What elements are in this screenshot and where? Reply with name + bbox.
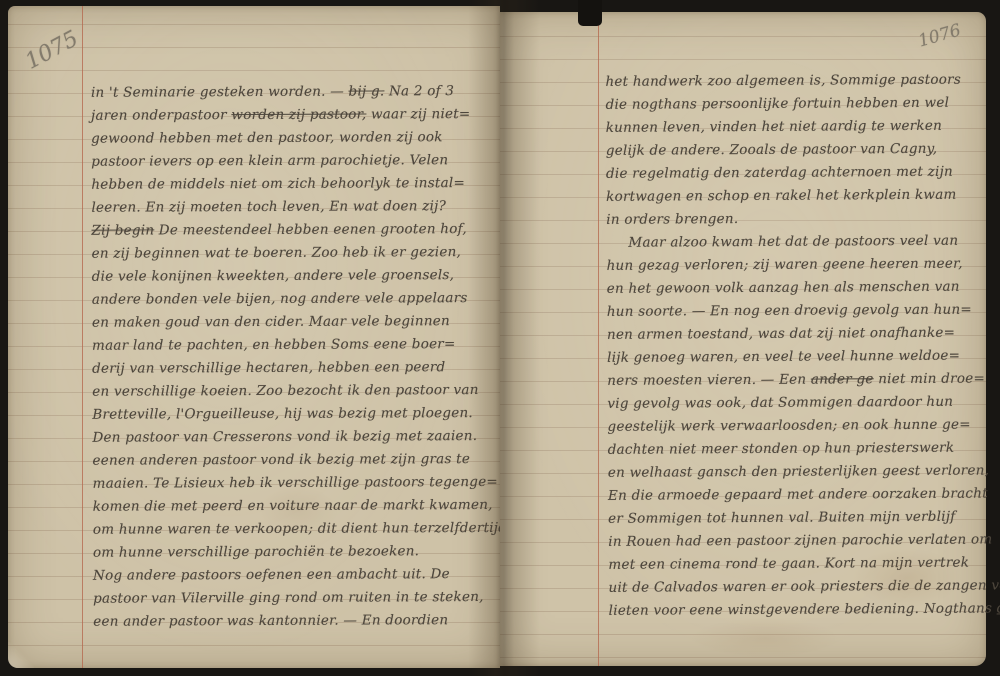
handwriting-line: hebben de middels niet om zich behoorlyk… <box>91 172 465 197</box>
handwriting-line: hun gezag verloren; zij waren geene heer… <box>606 253 962 278</box>
handwriting-line: Zij begin De meestendeel hebben eenen gr… <box>91 218 466 243</box>
handwriting-line: Bretteville, l'Orgueilleuse, hij was bez… <box>92 402 473 427</box>
handwriting-line: uit de Calvados waren er ook priesters d… <box>608 574 1000 600</box>
handwriting-line: en maken goud van den cider. Maar vele b… <box>92 310 450 335</box>
handwriting-line: gelijk de andere. Zooals de pastoor van … <box>606 138 938 163</box>
right-page: 1076 het handwerk zoo algemeen is, Sommi… <box>500 12 986 666</box>
handwriting-line: geestelijk werk verwaarloosden; en ook h… <box>607 414 970 439</box>
handwriting-line: het handwerk zoo algemeen is, Sommige pa… <box>605 69 961 94</box>
handwriting-line: En die armoede gepaard met andere oorzak… <box>608 483 988 508</box>
handwriting-line: en zij beginnen wat te boeren. Zoo heb i… <box>92 241 462 266</box>
handwriting-line: eenen anderen pastoor vond ik bezig met … <box>92 448 470 473</box>
handwriting-line: dachten niet meer stonden op hun prieste… <box>608 437 955 462</box>
handwriting-line: in 't Seminarie gesteken worden. — bij g… <box>91 80 454 105</box>
handwriting-line: in Rouen had een pastoor zijnen parochie… <box>608 528 992 553</box>
handwriting-line: Maar alzoo kwam het dat de pastoors veel… <box>628 230 958 255</box>
handwriting-line: lijk genoeg waren, en veel te veel hunne… <box>607 345 960 370</box>
handwriting-line: een ander pastoor was kantonnier. — En d… <box>93 609 448 634</box>
handwriting-line: hun soorte. — En nog een droevig gevolg … <box>607 299 972 324</box>
handwriting-line: kunnen leven, vinden het niet aardig te … <box>606 115 942 140</box>
handwriting-line: andere bonden vele bijen, nog andere vel… <box>92 287 468 312</box>
handwriting-line: komen die met peerd en voiture naar de m… <box>93 494 493 519</box>
handwriting-line: lieten voor eene winstgevendere bedienin… <box>609 597 1000 623</box>
handwriting-line: Den pastoor van Cresserons vond ik bezig… <box>92 425 477 450</box>
handwriting-line: die vele konijnen kweekten, andere vele … <box>92 264 455 289</box>
handwriting-line: ners moesten vieren. — Een ander ge niet… <box>607 368 985 393</box>
handwriting-line: om hunne waren te verkoopen; dit dient h… <box>93 517 507 542</box>
handwriting-line: om hunne verschillige parochiën te bezoe… <box>93 540 419 564</box>
left-page-handwriting: in 't Seminarie gesteken worden. — bij g… <box>7 5 502 669</box>
handwriting-line: maaien. Te Lisieux heb ik verschillige p… <box>93 471 498 496</box>
page-corner-fold <box>8 642 34 668</box>
handwriting-line: in orders brengen. <box>606 208 738 232</box>
handwriting-line: nen armen toestand, was dat zij niet ona… <box>607 322 955 347</box>
left-page: 1075 in 't Seminarie gesteken worden. — … <box>8 6 500 668</box>
handwriting-line: met een cinema rond te gaan. Kort na mij… <box>608 552 969 577</box>
handwriting-line: vig gevolg was ook, dat Sommigen daardoo… <box>607 391 953 416</box>
handwriting-line: en het gewoon volk aanzag hen als mensch… <box>607 276 960 301</box>
handwriting-line: die nogthans persoonlijke fortuin hebben… <box>605 92 949 117</box>
handwriting-line: er Sommigen tot hunnen val. Buiten mijn … <box>608 506 956 531</box>
handwriting-line: die regelmatig den zaterdag achternoen m… <box>606 161 953 186</box>
handwriting-line: leeren. En zij moeten toch leven, En wat… <box>91 195 446 220</box>
handwriting-line: pastoor van Vilerville ging rond om ruit… <box>93 586 484 611</box>
handwriting-line: gewoond hebben met den pastoor, worden z… <box>91 126 443 151</box>
handwriting-line: kortwagen en schop en rakel het kerkplei… <box>606 184 957 209</box>
handwriting-line: en verschillige koeien. Zoo bezocht ik d… <box>92 379 479 404</box>
right-page-handwriting: het handwerk zoo algemeen is, Sommige pa… <box>498 11 988 668</box>
notebook-scan: 1075 in 't Seminarie gesteken worden. — … <box>0 0 1000 676</box>
handwriting-line: jaren onderpastoor worden zij pastoor, w… <box>91 103 471 128</box>
handwriting-line: maar land te pachten, en hebben Soms een… <box>92 333 456 358</box>
handwriting-line: Nog andere pastoors oefenen een ambacht … <box>93 563 450 588</box>
handwriting-line: en welhaast gansch den priesterlijken ge… <box>608 459 990 484</box>
binding-notch <box>578 0 602 26</box>
handwriting-line: pastoor ievers op een klein arm parochie… <box>91 149 448 174</box>
handwriting-line: derij van verschillige hectaren, hebben … <box>92 356 445 381</box>
